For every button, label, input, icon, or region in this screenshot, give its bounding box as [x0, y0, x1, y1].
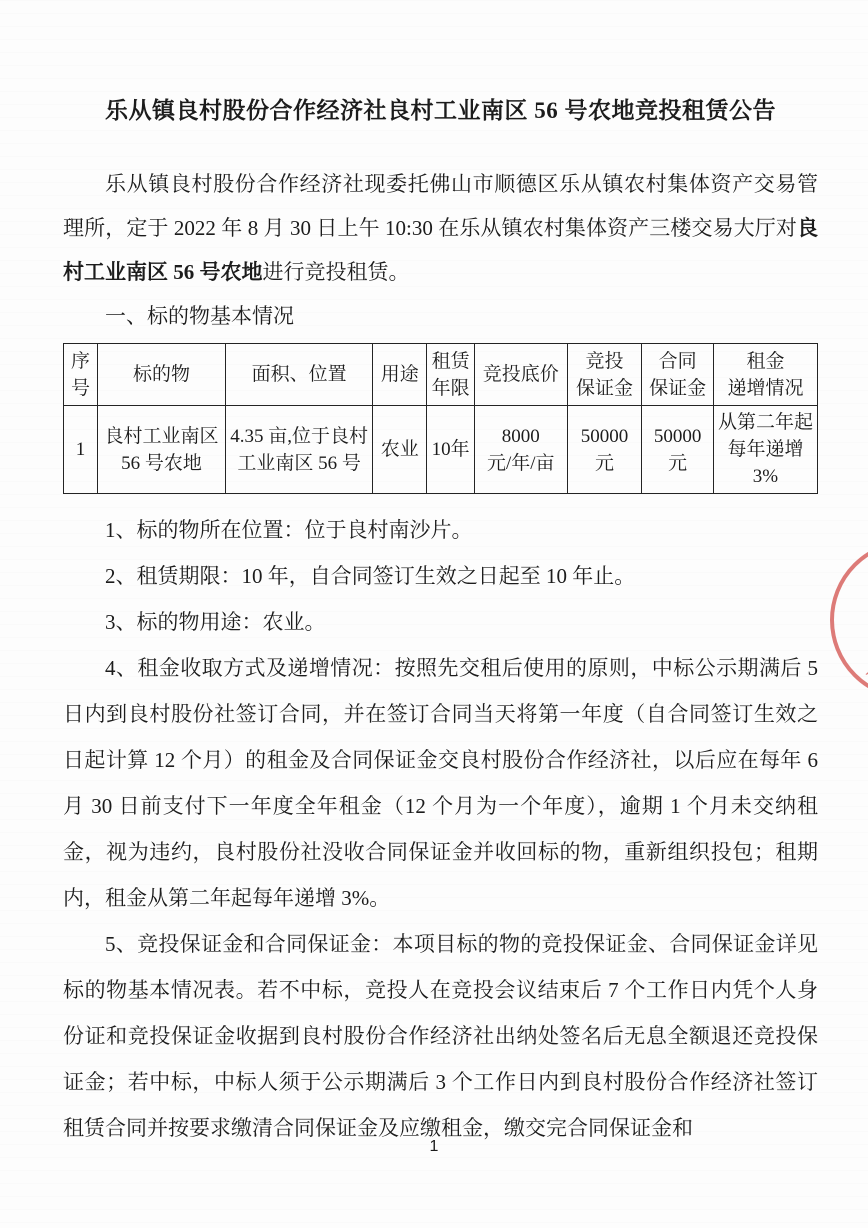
- col-header-floor-price: 竞投底价: [474, 344, 567, 406]
- col-header-seq-no: 序 号: [64, 344, 98, 406]
- document-page: 乐从镇良村股份合作经济社良村工业南区 56 号农地竞投租赁公告 乐从镇良村股份合…: [0, 0, 868, 1228]
- document-content: 乐从镇良村股份合作经济社良村工业南区 56 号农地竞投租赁公告 乐从镇良村股份合…: [63, 0, 818, 1151]
- cell-seq-no: 1: [64, 406, 98, 494]
- svg-text:广东省佛山市: 广东省佛山市: [864, 609, 868, 689]
- table-data-row: 1 良村工业南区 56 号农地 4.35 亩,位于良村 工业南区 56 号 农业…: [64, 406, 818, 494]
- page-number: 1: [0, 1138, 868, 1156]
- intro-text-1: 乐从镇良村股份合作经济社现委托佛山市顺德区乐从镇农村集体资产交易管理所，定于 2…: [63, 172, 818, 240]
- col-header-bid-deposit: 竞投 保证金: [567, 344, 642, 406]
- cell-contract-deposit: 50000 元: [642, 406, 714, 494]
- cell-bid-deposit: 50000 元: [567, 406, 642, 494]
- list-item-2: 2、租赁期限：10 年，自合同签订生效之日起至 10 年止。: [63, 553, 818, 599]
- section-heading-basic-info: 一、标的物基本情况: [63, 294, 818, 338]
- col-header-rent-increase: 租金 递增情况: [713, 344, 817, 406]
- list-item-1: 1、标的物所在位置：位于良村南沙片。: [63, 507, 818, 553]
- list-item-5: 5、竞投保证金和合同保证金：本项目标的物的竞投保证金、合同保证金详见标的物基本情…: [63, 921, 818, 1151]
- cell-area-location: 4.35 亩,位于良村 工业南区 56 号: [226, 406, 373, 494]
- cell-rent-increase: 从第二年起 每年递增 3%: [713, 406, 817, 494]
- intro-text-2: 进行竞投租赁。: [263, 260, 410, 284]
- intro-paragraph: 乐从镇良村股份合作经济社现委托佛山市顺德区乐从镇农村集体资产交易管理所，定于 2…: [63, 162, 818, 294]
- col-header-area-location: 面积、位置: [226, 344, 373, 406]
- cell-floor-price: 8000 元/年/亩: [474, 406, 567, 494]
- cell-usage: 农业: [373, 406, 427, 494]
- cell-lease-term: 10年: [427, 406, 475, 494]
- red-seal-icon: 广东省佛山市: [810, 532, 868, 717]
- col-header-contract-deposit: 合同 保证金: [642, 344, 714, 406]
- seal-text: 广东省佛山市: [864, 609, 868, 689]
- page-title: 乐从镇良村股份合作经济社良村工业南区 56 号农地竞投租赁公告: [63, 96, 818, 126]
- col-header-lease-term: 租赁 年限: [427, 344, 475, 406]
- col-header-usage: 用途: [373, 344, 427, 406]
- subject-info-table: 序 号 标的物 面积、位置 用途 租赁 年限 竞投底价 竞投 保证金 合同 保证…: [63, 343, 818, 494]
- list-item-3: 3、标的物用途：农业。: [63, 599, 818, 645]
- list-item-4: 4、租金收取方式及递增情况：按照先交租后使用的原则，中标公示期满后 5 日内到良…: [63, 645, 818, 921]
- table-header-row: 序 号 标的物 面积、位置 用途 租赁 年限 竞投底价 竞投 保证金 合同 保证…: [64, 344, 818, 406]
- numbered-items: 1、标的物所在位置：位于良村南沙片。 2、租赁期限：10 年，自合同签订生效之日…: [63, 507, 818, 1151]
- col-header-subject: 标的物: [97, 344, 225, 406]
- cell-subject: 良村工业南区 56 号农地: [97, 406, 225, 494]
